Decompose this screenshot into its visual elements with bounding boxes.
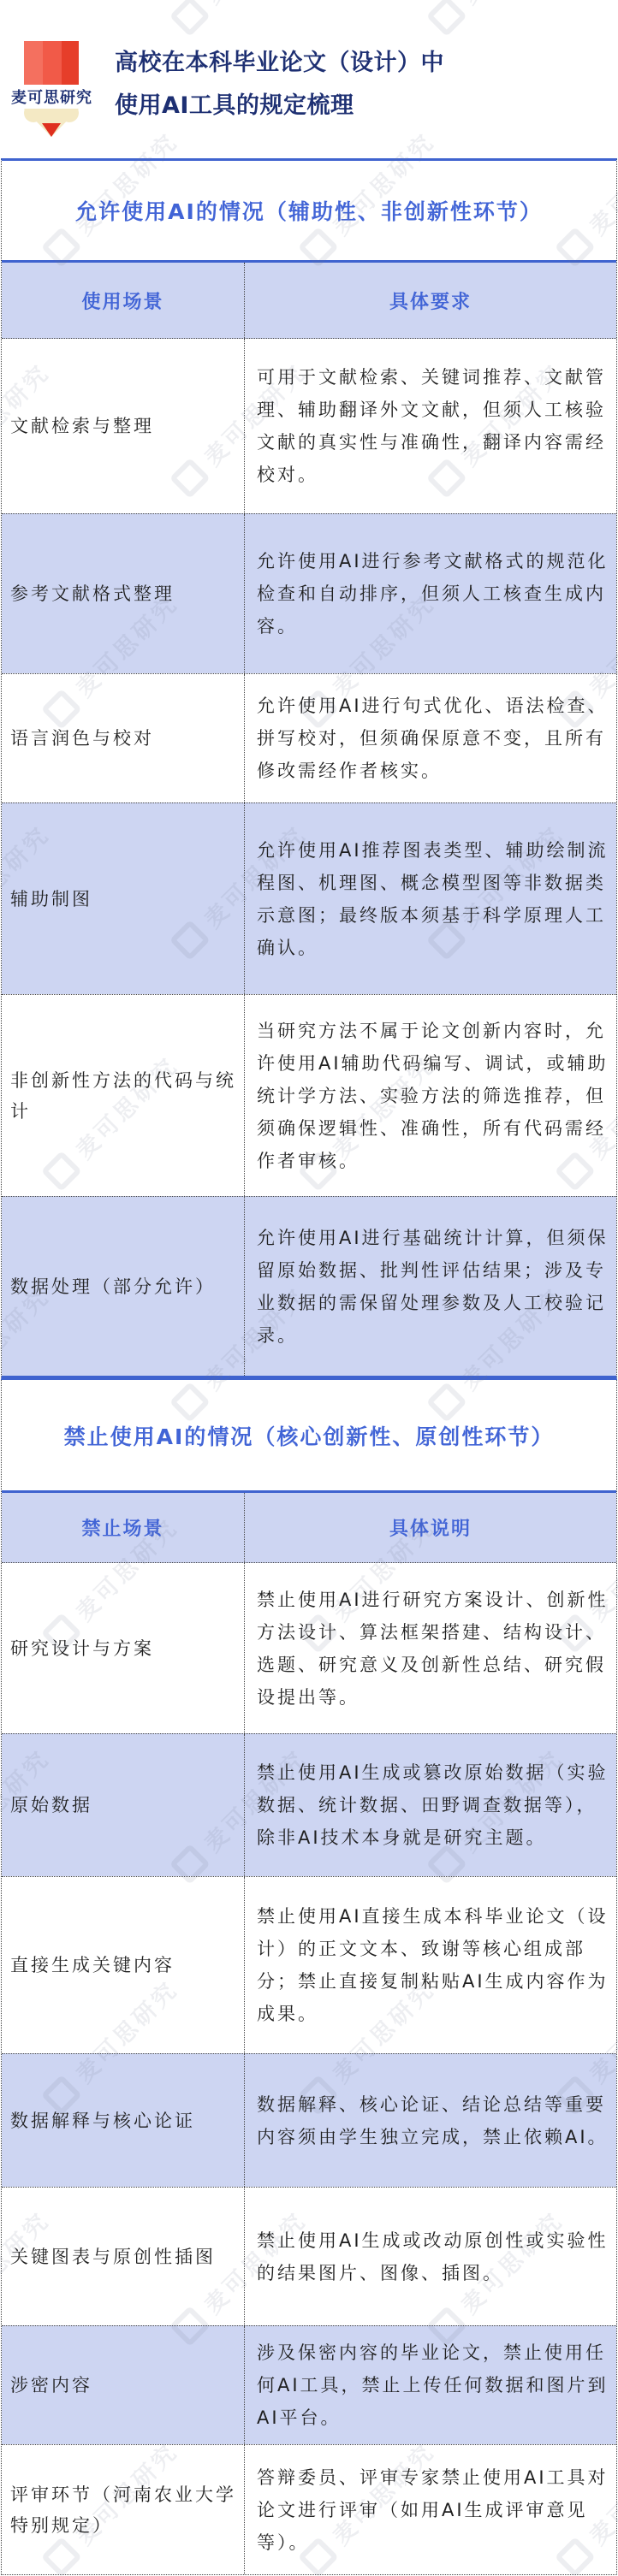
table-row: 辅助制图 允许使用AI推荐图表类型、辅助绘制流程图、机理图、概念模型图等非数据类…: [2, 802, 616, 994]
allowed-section: 允许使用AI的情况（辅助性、非创新性环节） 使用场景 具体要求 文献检索与整理 …: [1, 158, 617, 1380]
table-row: 非创新性方法的代码与统计 当研究方法不属于论文创新内容时，允许使用AI辅助代码编…: [2, 994, 616, 1196]
detail-cell: 禁止使用AI直接生成本科毕业论文（设计）的正文文本、致谢等核心组成部分；禁止直接…: [245, 1877, 616, 2053]
column-header-scene: 使用场景: [2, 263, 245, 338]
page-title-line1: 高校在本科毕业论文（设计）中: [115, 50, 444, 76]
detail-cell: 可用于文献检索、关键词推荐、文献管理、辅助翻译外文文献，但须人工核验文献的真实性…: [245, 339, 616, 513]
scene-cell: 原始数据: [2, 1734, 245, 1876]
prohibited-section-title: 禁止使用AI的情况（核心创新性、原创性环节）: [2, 1380, 616, 1490]
allowed-section-title: 允许使用AI的情况（辅助性、非创新性环节）: [2, 161, 616, 260]
table-row: 原始数据 禁止使用AI生成或篡改原始数据（实验数据、统计数据、田野调查数据等），…: [2, 1733, 616, 1876]
table-row: 数据处理（部分允许） 允许使用AI进行基础统计计算，但须保留原始数据、批判性评估…: [2, 1196, 616, 1376]
table-row: 涉密内容 涉及保密内容的毕业论文，禁止使用任何AI工具，禁止上传任何数据和图片到…: [2, 2325, 616, 2444]
prohibited-section: 禁止使用AI的情况（核心创新性、原创性环节） 禁止场景 具体说明 研究设计与方案…: [1, 1380, 617, 2575]
page: 麦可思研究 高校在本科毕业论文（设计）中 使用AI工具的规定梳理 允许使用AI的…: [0, 0, 618, 2576]
column-header-explanation: 具体说明: [245, 1493, 616, 1562]
scene-cell: 涉密内容: [2, 2326, 245, 2444]
table-row: 研究设计与方案 禁止使用AI进行研究方案设计、创新性方法设计、算法框架搭建、结构…: [2, 1563, 616, 1733]
scene-cell: 语言润色与校对: [2, 674, 245, 802]
scene-cell: 评审环节（河南农业大学特别规定）: [2, 2445, 245, 2574]
scene-cell: 数据处理（部分允许）: [2, 1197, 245, 1376]
scene-cell: 非创新性方法的代码与统计: [2, 995, 245, 1196]
detail-cell: 涉及保密内容的毕业论文，禁止使用任何AI工具，禁止上传任何数据和图片到AI平台。: [245, 2326, 616, 2444]
detail-cell: 允许使用AI进行参考文献格式的规范化检查和自动排序，但须人工核查生成内容。: [245, 514, 616, 673]
header: 麦可思研究 高校在本科毕业论文（设计）中 使用AI工具的规定梳理: [0, 0, 618, 158]
detail-cell: 允许使用AI推荐图表类型、辅助绘制流程图、机理图、概念模型图等非数据类示意图；最…: [245, 803, 616, 994]
allowed-table-header: 使用场景 具体要求: [2, 260, 616, 339]
scene-cell: 参考文献格式整理: [2, 514, 245, 673]
table-row: 数据解释与核心论证 数据解释、核心论证、结论总结等重要内容须由学生独立完成，禁止…: [2, 2053, 616, 2187]
scene-cell: 辅助制图: [2, 803, 245, 994]
detail-cell: 禁止使用AI生成或改动原创性或实验性的结果图片、图像、插图。: [245, 2188, 616, 2325]
scene-cell: 文献检索与整理: [2, 339, 245, 513]
detail-cell: 当研究方法不属于论文创新内容时，允许使用AI辅助代码编写、调试，或辅助统计学方法…: [245, 995, 616, 1196]
column-header-requirement: 具体要求: [245, 263, 616, 338]
table-row: 关键图表与原创性插图 禁止使用AI生成或改动原创性或实验性的结果图片、图像、插图…: [2, 2187, 616, 2325]
prohibited-table-header: 禁止场景 具体说明: [2, 1490, 616, 1563]
detail-cell: 禁止使用AI生成或篡改原始数据（实验数据、统计数据、田野调查数据等），除非AI技…: [245, 1734, 616, 1876]
scene-cell: 研究设计与方案: [2, 1563, 245, 1733]
scene-cell: 关键图表与原创性插图: [2, 2188, 245, 2325]
table-row: 直接生成关键内容 禁止使用AI直接生成本科毕业论文（设计）的正文文本、致谢等核心…: [2, 1876, 616, 2053]
table-row: 评审环节（河南农业大学特别规定） 答辩委员、评审专家禁止使用AI工具对论文进行评…: [2, 2444, 616, 2574]
logo-text: 麦可思研究: [9, 85, 94, 109]
scene-cell: 直接生成关键内容: [2, 1877, 245, 2053]
detail-cell: 允许使用AI进行基础统计计算，但须保留原始数据、批判性评估结果；涉及专业数据的需…: [245, 1197, 616, 1376]
detail-cell: 答辩委员、评审专家禁止使用AI工具对论文进行评审（如用AI生成评审意见等）。: [245, 2445, 616, 2574]
page-title: 高校在本科毕业论文（设计）中 使用AI工具的规定梳理: [115, 42, 444, 127]
detail-cell: 允许使用AI进行句式优化、语法检查、拼写校对，但须确保原意不变，且所有修改需经作…: [245, 674, 616, 802]
table-row: 文献检索与整理 可用于文献检索、关键词推荐、文献管理、辅助翻译外文文献，但须人工…: [2, 339, 616, 513]
table-row: 语言润色与校对 允许使用AI进行句式优化、语法检查、拼写校对，但须确保原意不变，…: [2, 673, 616, 802]
detail-cell: 禁止使用AI进行研究方案设计、创新性方法设计、算法框架搭建、结构设计、选题、研究…: [245, 1563, 616, 1733]
detail-cell: 数据解释、核心论证、结论总结等重要内容须由学生独立完成，禁止依赖AI。: [245, 2054, 616, 2187]
column-header-scene: 禁止场景: [2, 1493, 245, 1562]
scene-cell: 数据解释与核心论证: [2, 2054, 245, 2187]
table-row: 参考文献格式整理 允许使用AI进行参考文献格式的规范化检查和自动排序，但须人工核…: [2, 513, 616, 673]
page-title-line2: 使用AI工具的规定梳理: [115, 92, 354, 119]
